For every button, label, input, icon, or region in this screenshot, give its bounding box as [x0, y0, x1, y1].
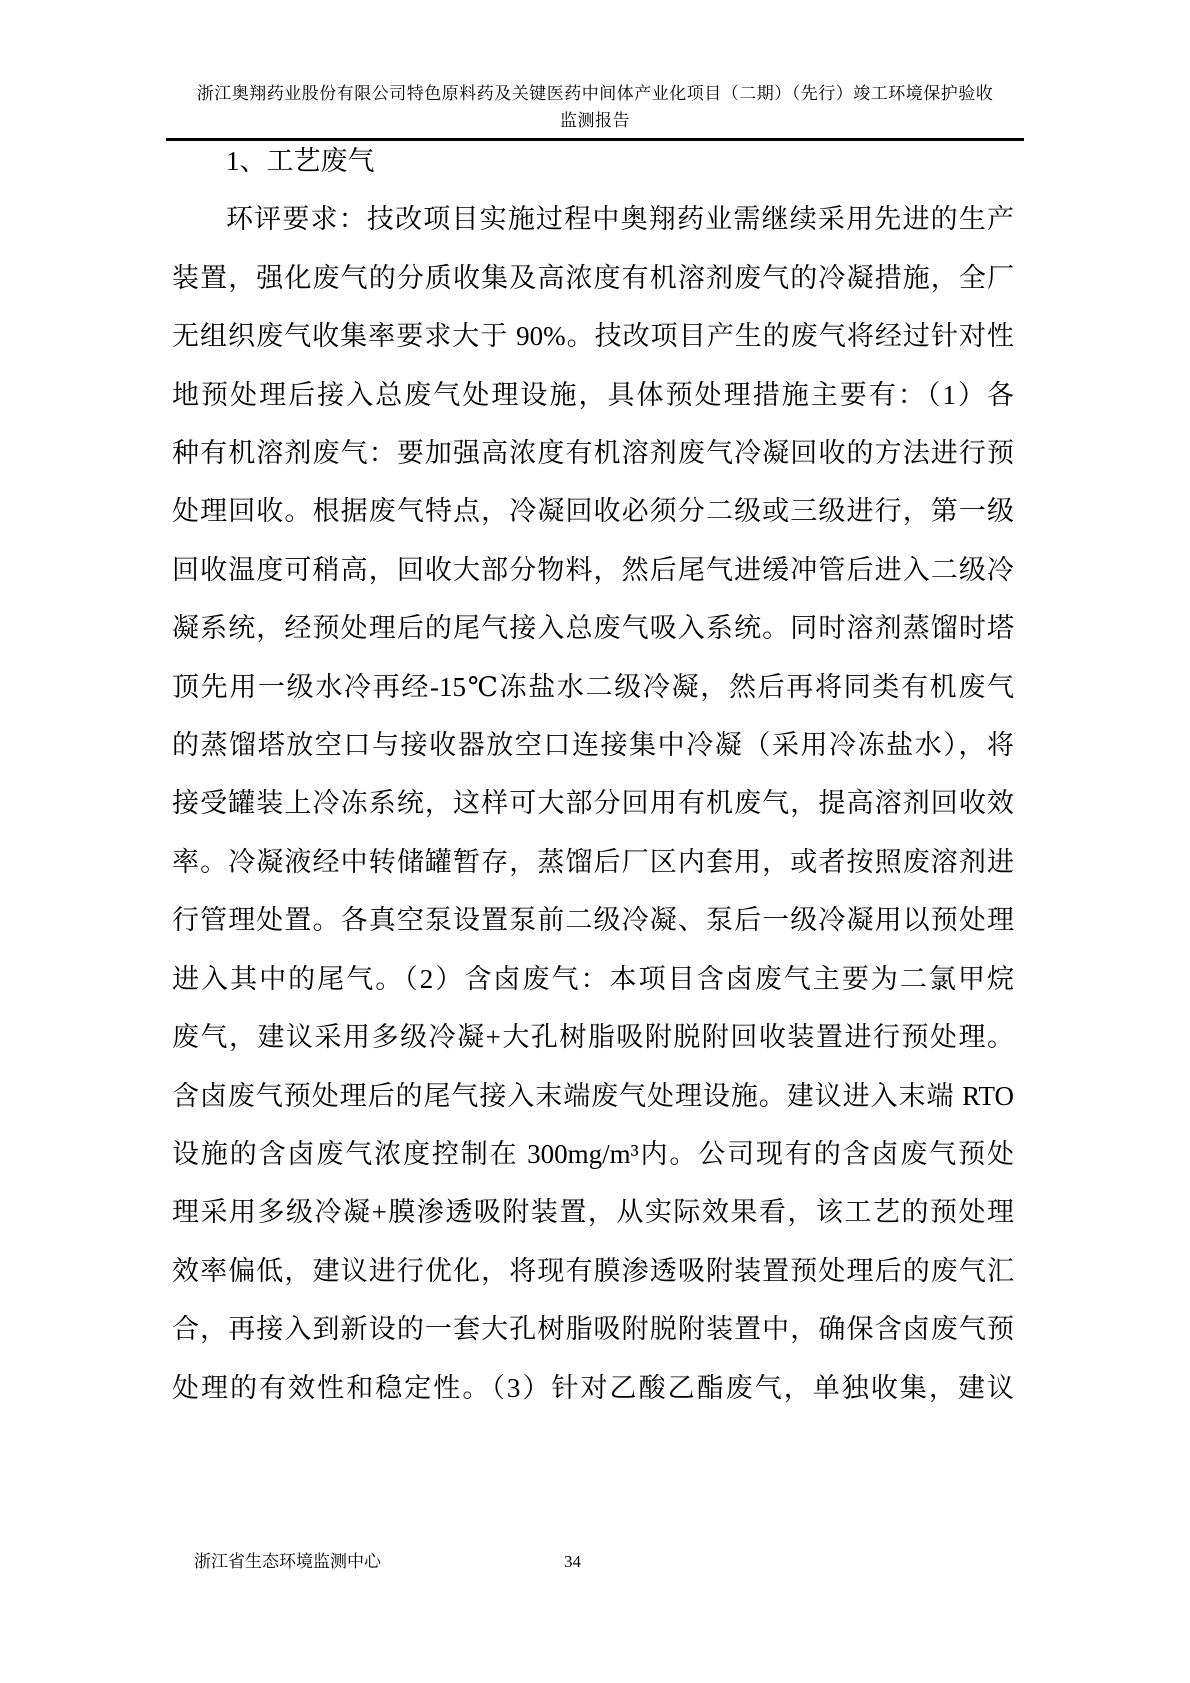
paragraph-line: 无组织废气收集率要求大于 90%。技改项目产生的废气将经过针对性 — [172, 307, 1014, 365]
paragraph-line: 理采用多级冷凝+膜渗透吸附装置，从实际效果看，该工艺的预处理 — [172, 1183, 1014, 1241]
page-header: 浙江奥翔药业股份有限公司特色原料药及关键医药中间体产业化项目（二期）（先行）竣工… — [168, 80, 1022, 134]
paragraph-line: 行管理处置。各真空泵设置泵前二级冷凝、泵后一级冷凝用以预处理 — [172, 891, 1014, 949]
paragraph-line: 回收温度可稍高，回收大部分物料，然后尾气进缓冲管后进入二级冷 — [172, 541, 1014, 599]
footer-organization: 浙江省生态环境监测中心 — [194, 1552, 381, 1571]
paragraph-line: 环评要求：技改项目实施过程中奥翔药业需继续采用先进的生产 — [172, 190, 1014, 248]
document-body: 1、工艺废气 环评要求：技改项目实施过程中奥翔药业需继续采用先进的生产 装置，强… — [172, 132, 1014, 1417]
paragraph-line: 废气，建议采用多级冷凝+大孔树脂吸附脱附回收装置进行预处理。 — [172, 1008, 1014, 1066]
paragraph-line: 地预处理后接入总废气处理设施，具体预处理措施主要有：（1）各 — [172, 366, 1014, 424]
paragraph-line: 凝系统，经预处理后的尾气接入总废气吸入系统。同时溶剂蒸馏时塔 — [172, 599, 1014, 657]
header-title-line2: 监测报告 — [168, 107, 1022, 134]
document-page: 浙江奥翔药业股份有限公司特色原料药及关键医药中间体产业化项目（二期）（先行）竣工… — [0, 0, 1190, 1683]
page-number: 34 — [564, 1548, 581, 1575]
paragraph-line: 种有机溶剂废气：要加强高浓度有机溶剂废气冷凝回收的方法进行预 — [172, 424, 1014, 482]
header-title-line1: 浙江奥翔药业股份有限公司特色原料药及关键医药中间体产业化项目（二期）（先行）竣工… — [168, 80, 1022, 107]
paragraph-line: 合，再接入到新设的一套大孔树脂吸附脱附装置中，确保含卤废气预 — [172, 1300, 1014, 1358]
section-heading: 1、工艺废气 — [172, 132, 1014, 190]
paragraph-line: 进入其中的尾气。（2）含卤废气：本项目含卤废气主要为二氯甲烷 — [172, 950, 1014, 1008]
page-footer: 浙江省生态环境监测中心 34 — [172, 1548, 1014, 1575]
paragraph-line: 率。冷凝液经中转储罐暂存，蒸馏后厂区内套用，或者按照废溶剂进 — [172, 833, 1014, 891]
paragraph-line: 效率偏低，建议进行优化，将现有膜渗透吸附装置预处理后的废气汇 — [172, 1242, 1014, 1300]
paragraph-line: 接受罐装上冷冻系统，这样可大部分回用有机废气，提高溶剂回收效 — [172, 774, 1014, 832]
paragraph-line: 处理的有效性和稳定性。（3）针对乙酸乙酯废气，单独收集，建议 — [172, 1359, 1014, 1417]
paragraph-line: 含卤废气预处理后的尾气接入末端废气处理设施。建议进入末端 RTO — [172, 1067, 1014, 1125]
paragraph-line: 处理回收。根据废气特点，冷凝回收必须分二级或三级进行，第一级 — [172, 482, 1014, 540]
paragraph-line: 顶先用一级水冷再经-15℃冻盐水二级冷凝，然后再将同类有机废气 — [172, 658, 1014, 716]
paragraph-line: 设施的含卤废气浓度控制在 300mg/m³内。公司现有的含卤废气预处 — [172, 1125, 1014, 1183]
paragraph-line: 的蒸馏塔放空口与接收器放空口连接集中冷凝（采用冷冻盐水），将 — [172, 716, 1014, 774]
paragraph-line: 装置，强化废气的分质收集及高浓度有机溶剂废气的冷凝措施，全厂 — [172, 249, 1014, 307]
